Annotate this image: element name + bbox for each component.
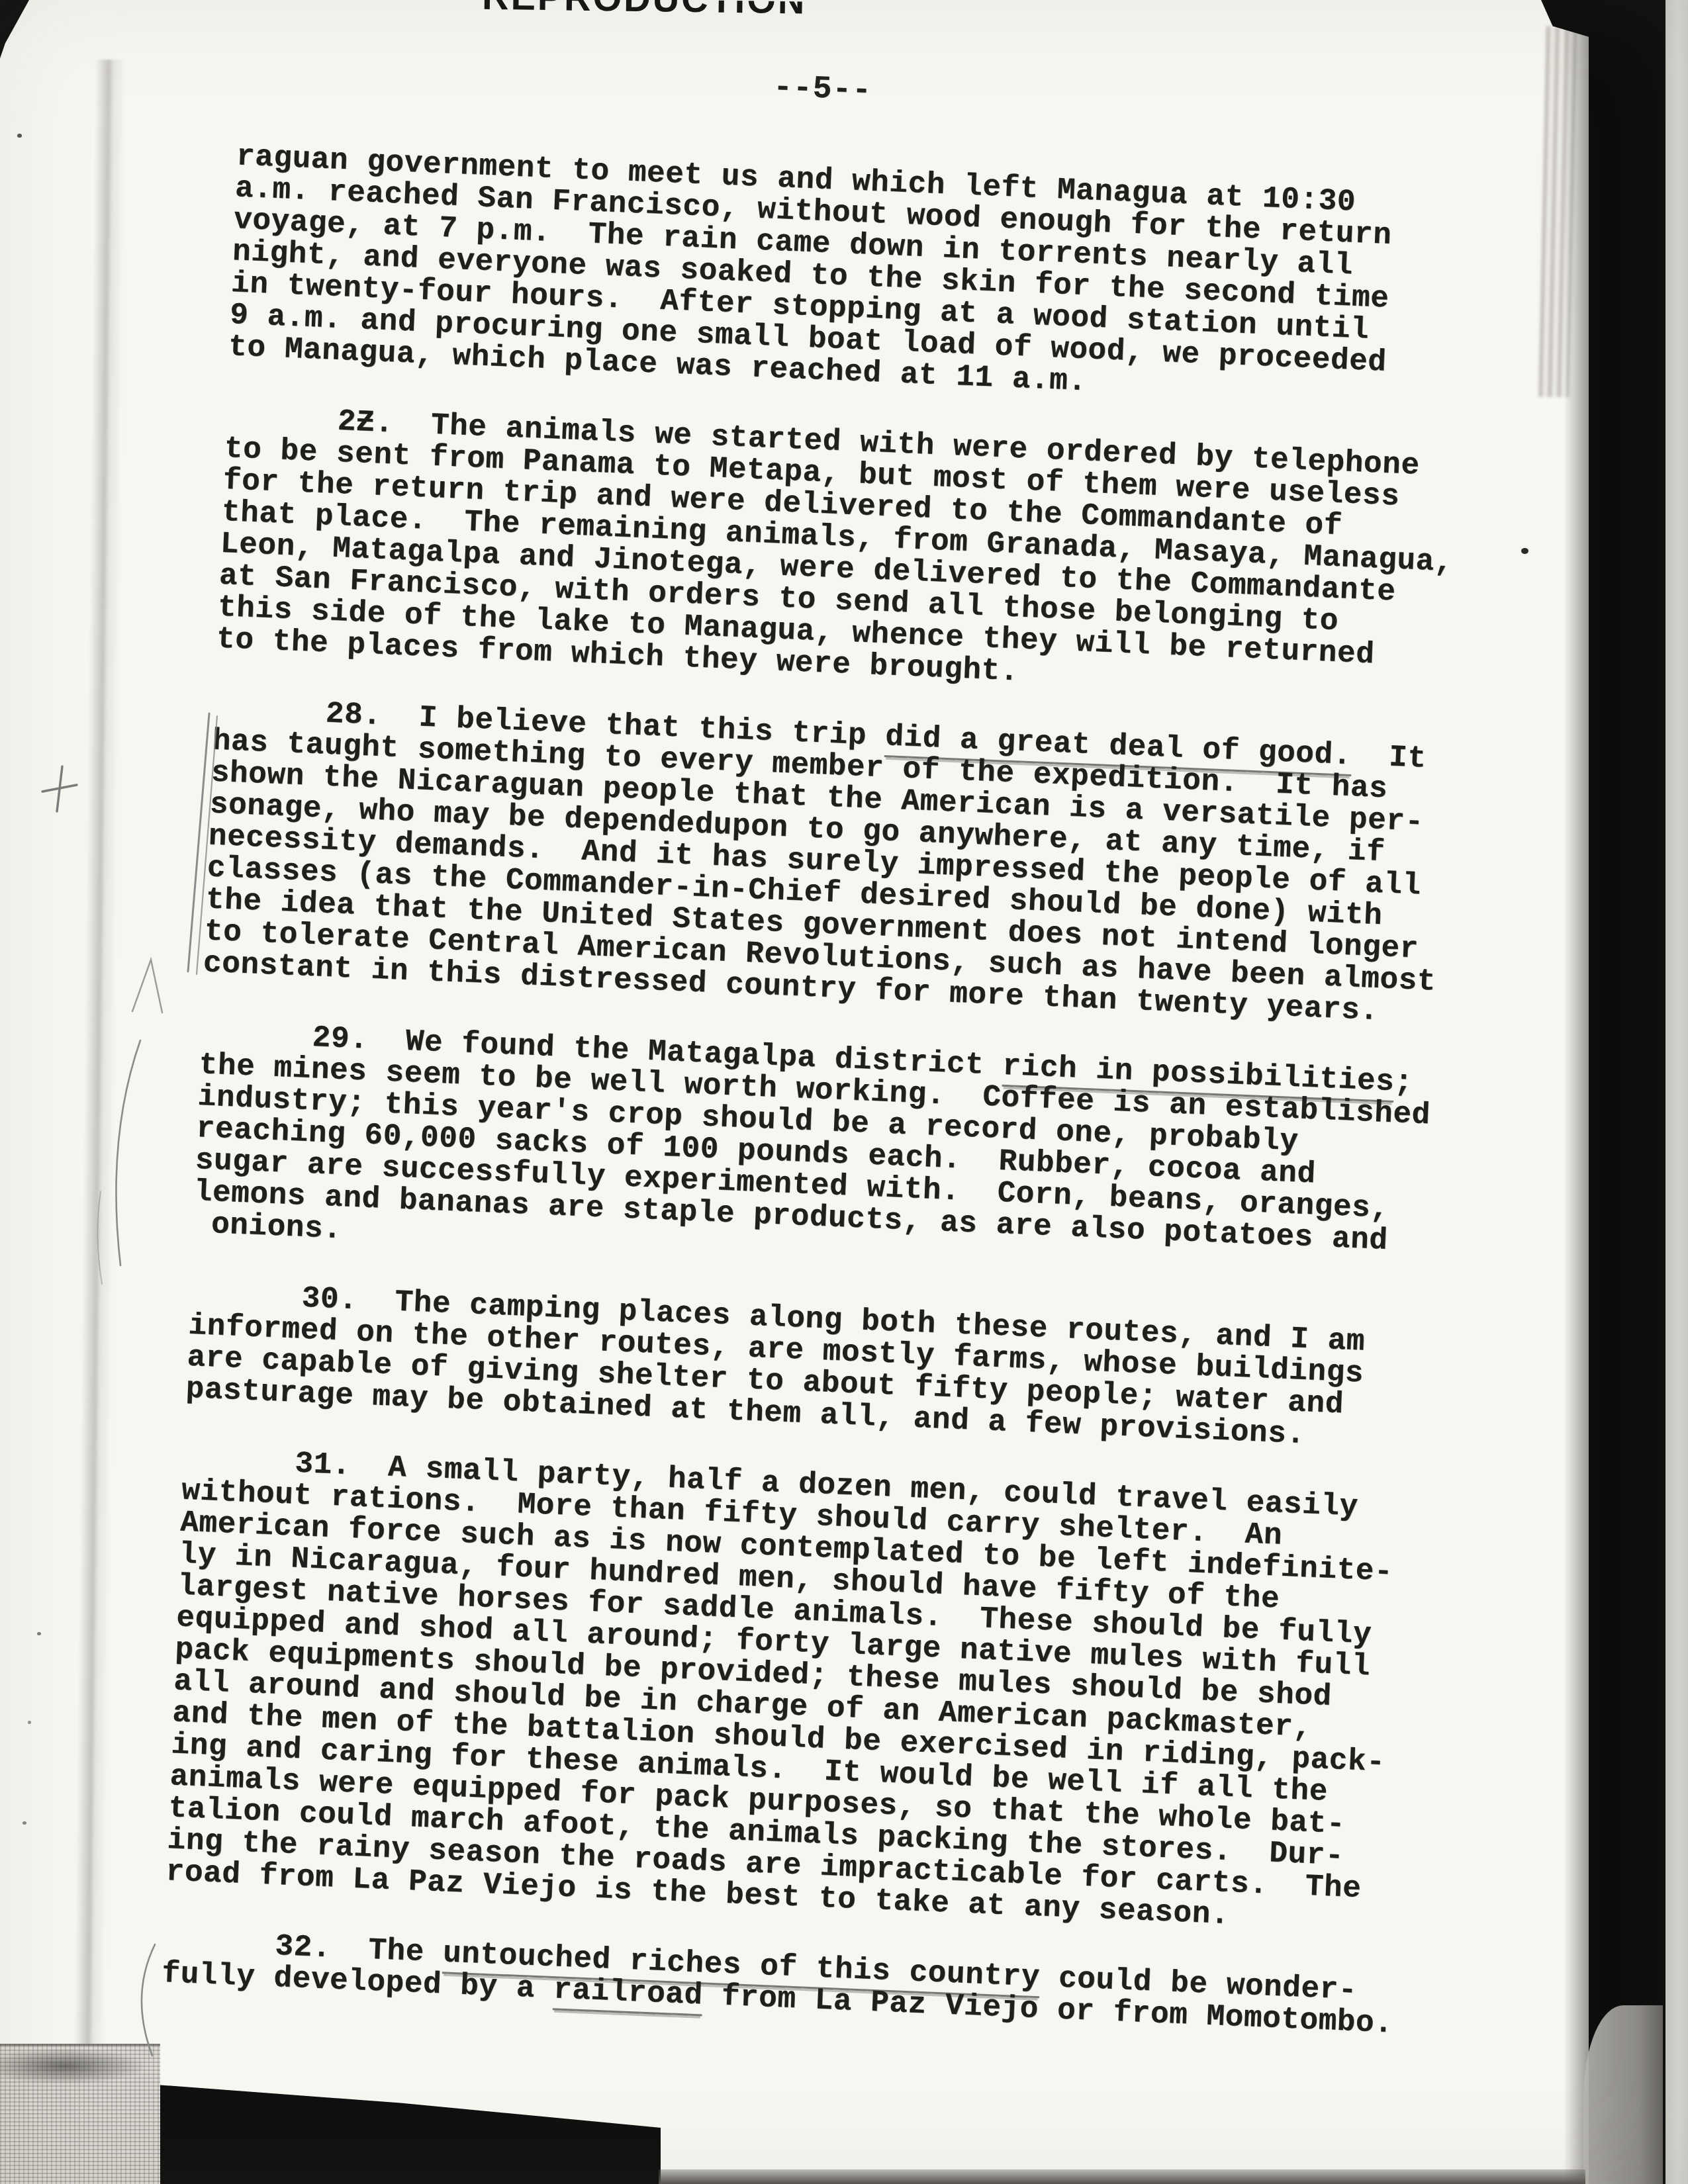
ink-speck [37,1632,41,1635]
margin-plus-mark-h [42,785,77,792]
scanned-document-page: REPRODUCTION TAB --5-- raguan government… [0,0,1688,2184]
ink-speck [28,1721,31,1724]
page-stack-edge-bottom [659,2169,1585,2184]
film-strip-outer-right [1665,0,1688,2184]
margin-caret-mark [132,960,162,1013]
typed-text: ; [1393,1065,1413,1100]
paragraph-32: 32. The untouched riches of this country… [161,1926,1420,2041]
margin-paren-paragraph-32 [142,1944,155,2056]
paragraph-26-continuation: raguan government to meet us and which l… [228,140,1493,414]
stamp-text: REPRODUCTION TAB [482,0,892,20]
page-number: --5-- [773,69,872,109]
margin-plus-mark-v [57,766,62,811]
paper-right-edge-shadow [1564,0,1589,2184]
paragraph-31: 31. A small party, half a dozen men, cou… [165,1443,1440,1939]
film-edge-right [1589,0,1665,2184]
page-curl-bottom-right [1583,2005,1663,2184]
paper-left-edge-shadow [74,60,126,2052]
binding-fabric-texture [0,2044,160,2184]
clipped-stamp: REPRODUCTION TAB [482,0,892,20]
typed-text: onions. [192,1206,343,1247]
paragraph-30: 30. The camping places along both these … [185,1278,1447,1457]
margin-curve-paragraph-29 [116,1040,140,1265]
ink-speck [23,1821,26,1825]
film-edge-top-left [0,0,29,64]
paragraph-29: 29. We found the Matagalpa district rich… [192,1017,1458,1291]
typewritten-text: raguan government to meet us and which l… [161,140,1493,2041]
paragraph-28: 28. I believe that this trip did a great… [203,694,1471,1031]
film-edge-bottom [160,2071,661,2184]
pencil-underlined-text: railroad [553,1972,704,2016]
paragraph-27: 2Ƶ. The animals we started with were ord… [216,401,1483,707]
ink-speck [17,134,22,138]
ink-speck [1521,548,1528,554]
margin-curve-paragraph-29-faint [97,1191,102,1284]
